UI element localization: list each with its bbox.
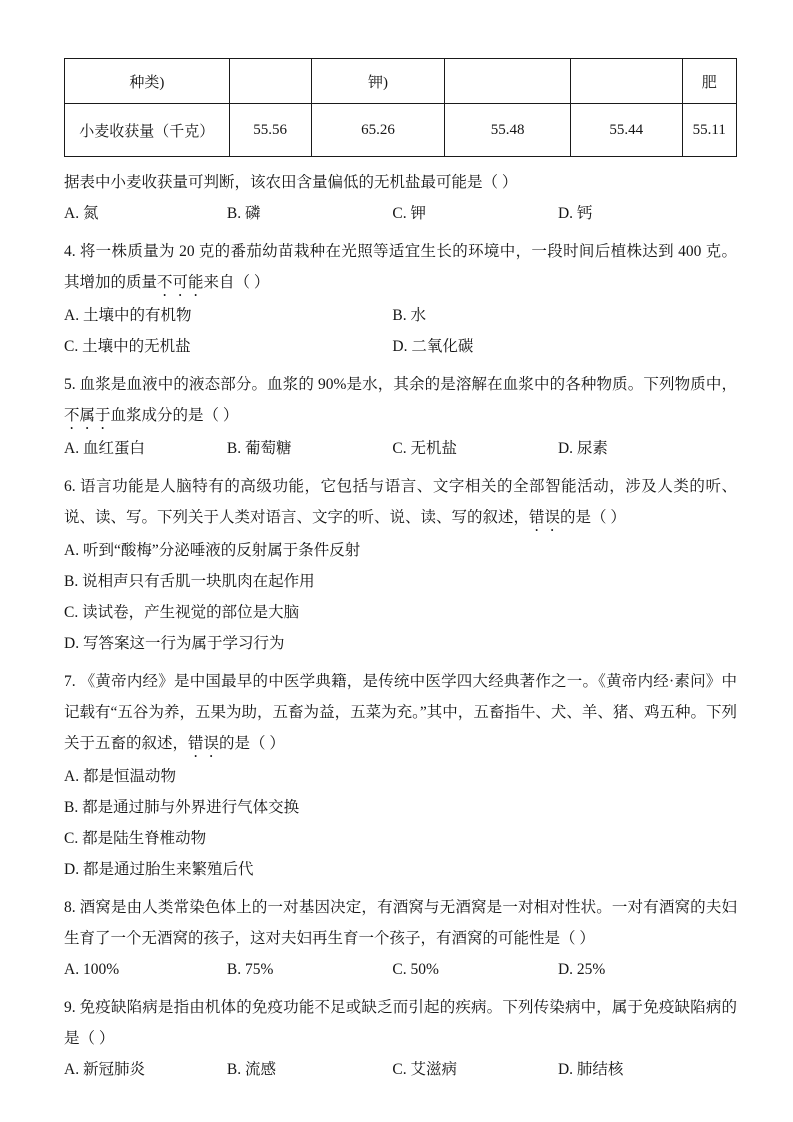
option-d: D. 都是通过胎生来繁殖后代	[64, 854, 737, 885]
stem-text: 5. 血浆是血液中的液态部分。血浆的 90%是水，其余的是溶解在血浆中的各种物质…	[64, 376, 737, 393]
question-7-stem: 7. 《黄帝内经》是中国最早的中医学典籍，是传统中医学四大经典著作之一。《黄帝内…	[64, 666, 737, 761]
option-d: D. 肺结核	[558, 1054, 737, 1085]
table-data-row: 小麦收获量（千克） 55.56 65.26 55.48 55.44 55.11	[65, 104, 737, 157]
question-3-continuation: 据表中小麦收获量可判断，该农田含量偏低的无机盐最可能是（ ） A. 氮 B. 磷…	[64, 167, 737, 229]
option-a: A. 土壤中的有机物	[64, 300, 392, 331]
question-4-options: A. 土壤中的有机物 B. 水 C. 土壤中的无机盐 D. 二氧化碳	[64, 300, 737, 362]
question-8: 8. 酒窝是由人类常染色体上的一对基因决定，有酒窝与无酒窝是一对相对性状。一对有…	[64, 892, 737, 985]
stem-text: 血浆成分的是（ ）	[111, 407, 239, 424]
stem-text: 来自（ ）	[204, 274, 270, 291]
option-d: D. 写答案这一行为属于学习行为	[64, 628, 737, 659]
question-9-stem: 9. 免疫缺陷病是指由机体的免疫功能不足或缺乏而引起的疾病。下列传染病中，属于免…	[64, 992, 737, 1054]
option-a: A. 新冠肺炎	[64, 1054, 227, 1085]
question-7: 7. 《黄帝内经》是中国最早的中医学典籍，是传统中医学四大经典著作之一。《黄帝内…	[64, 666, 737, 885]
option-b: B. 说相声只有舌肌一块肌肉在起作用	[64, 566, 737, 597]
option-a: A. 都是恒温动物	[64, 761, 737, 792]
option-d: D. 钙	[558, 198, 737, 229]
option-c: C. 艾滋病	[392, 1054, 558, 1085]
option-a: A. 氮	[64, 198, 227, 229]
question-5-stem: 5. 血浆是血液中的液态部分。血浆的 90%是水，其余的是溶解在血浆中的各种物质…	[64, 369, 737, 433]
question-3-options: A. 氮 B. 磷 C. 钾 D. 钙	[64, 198, 737, 229]
stem-text: 6. 语言功能是人脑特有的高级功能，它包括与语言、文字相关的全部智能活动，涉及人…	[64, 478, 737, 526]
option-b: B. 葡萄糖	[227, 433, 393, 464]
question-8-stem: 8. 酒窝是由人类常染色体上的一对基因决定，有酒窝与无酒窝是一对相对性状。一对有…	[64, 892, 737, 954]
question-9: 9. 免疫缺陷病是指由机体的免疫功能不足或缺乏而引起的疾病。下列传染病中，属于免…	[64, 992, 737, 1085]
question-7-options: A. 都是恒温动物 B. 都是通过肺与外界进行气体交换 C. 都是陆生脊椎动物 …	[64, 761, 737, 885]
table-cell	[229, 59, 311, 104]
option-c: C. 50%	[392, 954, 558, 985]
option-a: A. 血红蛋白	[64, 433, 227, 464]
table-cell: 55.48	[445, 104, 571, 157]
table-cell: 小麦收获量（千克）	[65, 104, 230, 157]
table-cell: 钾)	[311, 59, 445, 104]
question-3-stem: 据表中小麦收获量可判断，该农田含量偏低的无机盐最可能是（ ）	[64, 167, 737, 198]
option-a: A. 100%	[64, 954, 227, 985]
table-cell	[570, 59, 682, 104]
option-c: C. 读试卷，产生视觉的部位是大脑	[64, 597, 737, 628]
question-6: 6. 语言功能是人脑特有的高级功能，它包括与语言、文字相关的全部智能活动，涉及人…	[64, 471, 737, 659]
option-c: C. 土壤中的无机盐	[64, 331, 392, 362]
stem-emphasized-text: 不属于	[64, 407, 111, 424]
stem-emphasized-text: 错误	[188, 735, 219, 752]
table-cell: 65.26	[311, 104, 445, 157]
question-6-options: A. 听到“酸梅”分泌唾液的反射属于条件反射 B. 说相声只有舌肌一块肌肉在起作…	[64, 535, 737, 659]
option-c: C. 无机盐	[392, 433, 558, 464]
table-cell: 55.44	[570, 104, 682, 157]
option-b: B. 水	[392, 300, 737, 331]
option-b: B. 都是通过肺与外界进行气体交换	[64, 792, 737, 823]
option-d: D. 25%	[558, 954, 737, 985]
question-9-options: A. 新冠肺炎 B. 流感 C. 艾滋病 D. 肺结核	[64, 1054, 737, 1085]
question-5: 5. 血浆是血液中的液态部分。血浆的 90%是水，其余的是溶解在血浆中的各种物质…	[64, 369, 737, 464]
table-cell: 种类)	[65, 59, 230, 104]
option-c: C. 钾	[392, 198, 558, 229]
table-cell: 55.56	[229, 104, 311, 157]
table-cell: 55.11	[682, 104, 736, 157]
option-b: B. 流感	[227, 1054, 393, 1085]
option-d: D. 二氧化碳	[392, 331, 737, 362]
table-cell	[445, 59, 571, 104]
option-b: B. 75%	[227, 954, 393, 985]
table-header-row: 种类) 钾) 肥	[65, 59, 737, 104]
stem-text: 的是（ ）	[560, 509, 626, 526]
question-5-options: A. 血红蛋白 B. 葡萄糖 C. 无机盐 D. 尿素	[64, 433, 737, 464]
question-8-options: A. 100% B. 75% C. 50% D. 25%	[64, 954, 737, 985]
stem-emphasized-text: 不可能	[157, 274, 204, 291]
question-4-stem: 4. 将一株质量为 20 克的番茄幼苗栽种在光照等适宜生长的环境中，一段时间后植…	[64, 236, 737, 300]
option-d: D. 尿素	[558, 433, 737, 464]
question-4: 4. 将一株质量为 20 克的番茄幼苗栽种在光照等适宜生长的环境中，一段时间后植…	[64, 236, 737, 362]
table-cell: 肥	[682, 59, 736, 104]
stem-text: 8. 酒窝是由人类常染色体上的一对基因决定，有酒窝与无酒窝是一对相对性状。一对有…	[64, 899, 737, 947]
stem-text: 的是（ ）	[219, 735, 285, 752]
option-b: B. 磷	[227, 198, 393, 229]
option-c: C. 都是陆生脊椎动物	[64, 823, 737, 854]
stem-text: 9. 免疫缺陷病是指由机体的免疫功能不足或缺乏而引起的疾病。下列传染病中，属于免…	[64, 999, 737, 1047]
stem-text: 7. 《黄帝内经》是中国最早的中医学典籍，是传统中医学四大经典著作之一。《黄帝内…	[64, 673, 737, 752]
question-6-stem: 6. 语言功能是人脑特有的高级功能，它包括与语言、文字相关的全部智能活动，涉及人…	[64, 471, 737, 535]
wheat-yield-table: 种类) 钾) 肥 小麦收获量（千克） 55.56 65.26 55.48 55.…	[64, 58, 737, 157]
stem-emphasized-text: 错误	[529, 509, 560, 526]
option-a: A. 听到“酸梅”分泌唾液的反射属于条件反射	[64, 535, 737, 566]
